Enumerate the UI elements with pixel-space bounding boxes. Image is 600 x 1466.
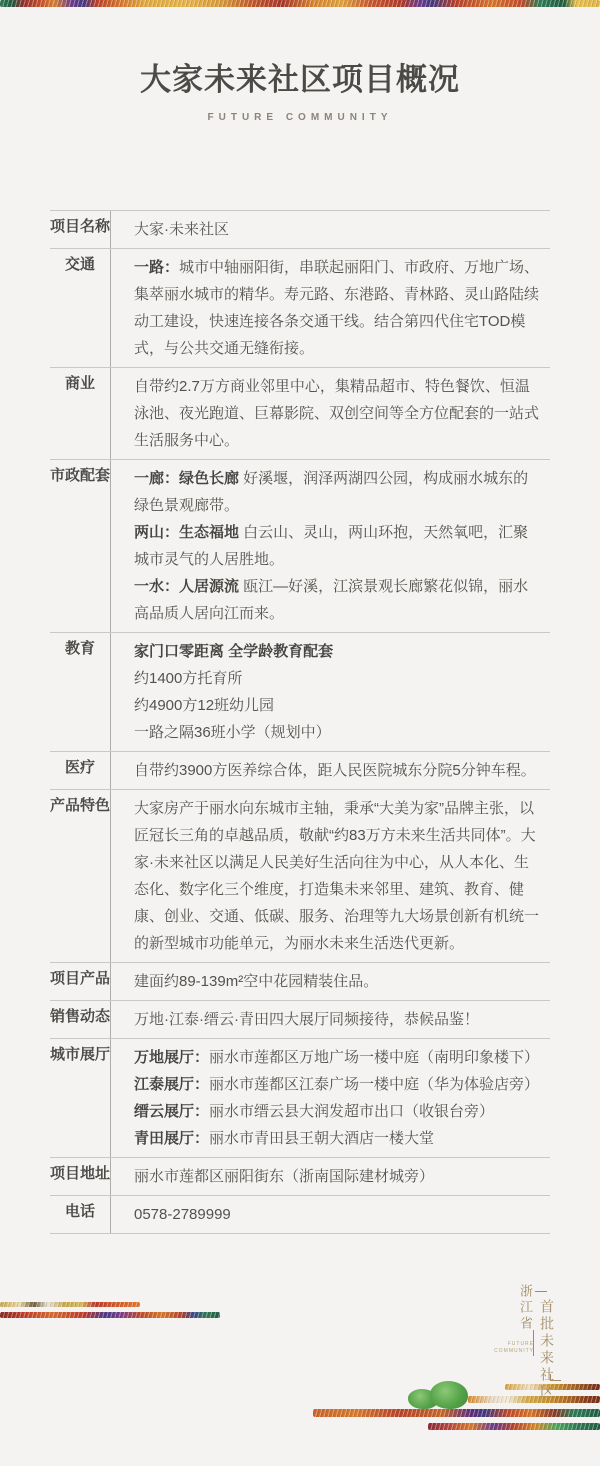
row-label: 交通 [50, 249, 110, 367]
table-row-project-name: 项目名称 大家·未来社区 [50, 211, 550, 249]
row-content: 大家·未来社区 [110, 211, 550, 248]
row-content: 自带约2.7万方商业邻里中心，集精品超市、特色餐饮、恒温泳池、夜光跑道、巨幕影院… [110, 368, 550, 459]
row-label: 项目地址 [50, 1158, 110, 1195]
table-row-product-features: 产品特色 大家房产于丽水向东城市主轴，秉承“大美为家”品牌主张，以匠冠长三角的卓… [50, 790, 550, 963]
row-content: 一路：城市中轴丽阳街，串联起丽阳门、市政府、万地广场、集萃丽水城市的精华。寿元路… [110, 249, 550, 367]
row-content: 万地展厅：丽水市莲都区万地广场一楼中庭（南明印象楼下） 江泰展厅：丽水市莲都区江… [110, 1039, 550, 1157]
info-table: 项目名称 大家·未来社区 交通 一路：城市中轴丽阳街，串联起丽阳门、市政府、万地… [50, 210, 550, 1234]
row-label: 商业 [50, 368, 110, 459]
logo-mark-horizontal [535, 1291, 547, 1292]
cell-paragraph: 万地·江泰·缙云·青田四大展厅同频接待，恭候品鉴！ [134, 1006, 542, 1033]
table-row-transport: 交通 一路：城市中轴丽阳街，串联起丽阳门、市政府、万地广场、集萃丽水城市的精华。… [50, 249, 550, 368]
cell-paragraph: 约1400方托育所 [134, 665, 542, 692]
row-label: 销售动态 [50, 1001, 110, 1038]
cell-paragraph: 丽水市莲都区丽阳街东（浙南国际建材城旁） [134, 1163, 542, 1190]
decorative-stripe-left-2 [0, 1312, 220, 1318]
cell-paragraph: 建面约89-139m²空中花园精装住品。 [134, 968, 542, 995]
cell-paragraph: 大家·未来社区 [134, 216, 542, 243]
poster-page: 大家未来社区项目概况 FUTURE COMMUNITY 项目名称 大家·未来社区… [0, 0, 600, 1466]
row-label: 项目名称 [50, 211, 110, 248]
table-row-medical: 医疗 自带约3900方医养综合体，距人民医院城东分院5分钟车程。 [50, 752, 550, 790]
header: 大家未来社区项目概况 FUTURE COMMUNITY [0, 0, 600, 123]
cell-paragraph: 自带约3900方医养综合体，距人民医院城东分院5分钟车程。 [134, 757, 542, 784]
row-content: 家门口零距离 全学龄教育配套 约1400方托育所 约4900方12班幼儿园 一路… [110, 633, 550, 751]
footer-logo-en-line2: COMMUNITY [492, 1348, 534, 1355]
page-subtitle: FUTURE COMMUNITY [0, 112, 600, 123]
table-row-city-showrooms: 城市展厅 万地展厅：丽水市莲都区万地广场一楼中庭（南明印象楼下） 江泰展厅：丽水… [50, 1039, 550, 1158]
decorative-stripe-left-1 [0, 1302, 140, 1307]
row-label: 产品特色 [50, 790, 110, 962]
logo-mark-bracket [550, 1374, 561, 1381]
cell-paragraph: 江泰展厅：丽水市莲都区江泰广场一楼中庭（华为体验店旁） [134, 1071, 542, 1098]
cell-paragraph: 一水：人居源流 瓯江—好溪，江滨景观长廊繁花似锦，丽水高品质人居向江而来。 [134, 573, 542, 627]
table-row-project-address: 项目地址 丽水市莲都区丽阳街东（浙南国际建材城旁） [50, 1158, 550, 1196]
row-content: 自带约3900方医养综合体，距人民医院城东分院5分钟车程。 [110, 752, 550, 789]
row-content: 一廊：绿色长廊 好溪堰，润泽两湖四公园，构成丽水城东的绿色景观廊带。 两山：生态… [110, 460, 550, 632]
logo-mark-vertical [533, 1330, 534, 1356]
row-label: 医疗 [50, 752, 110, 789]
row-label: 城市展厅 [50, 1039, 110, 1157]
decorative-band-top [0, 0, 600, 7]
footer-logo-english: FUTURE COMMUNITY [492, 1341, 534, 1355]
page-title: 大家未来社区项目概况 [0, 54, 600, 99]
table-row-commerce: 商业 自带约2.7万方商业邻里中心，集精品超市、特色餐饮、恒温泳池、夜光跑道、巨… [50, 368, 550, 460]
cell-paragraph: 一路：城市中轴丽阳街，串联起丽阳门、市政府、万地广场、集萃丽水城市的精华。寿元路… [134, 254, 542, 362]
row-label: 电话 [50, 1196, 110, 1233]
row-content: 建面约89-139m²空中花园精装住品。 [110, 963, 550, 1000]
footer-logo-en-line1: FUTURE [492, 1341, 534, 1348]
table-row-education: 教育 家门口零距离 全学龄教育配套 约1400方托育所 约4900方12班幼儿园… [50, 633, 550, 752]
cell-paragraph: 一廊：绿色长廊 好溪堰，润泽两湖四公园，构成丽水城东的绿色景观廊带。 [134, 465, 542, 519]
row-content: 万地·江泰·缙云·青田四大展厅同频接待，恭候品鉴！ [110, 1001, 550, 1038]
decorative-stripe-right-2 [468, 1396, 600, 1403]
decorative-stripe-right-3 [313, 1409, 600, 1417]
cell-paragraph: 家门口零距离 全学龄教育配套 [134, 638, 542, 665]
table-row-municipal: 市政配套 一廊：绿色长廊 好溪堰，润泽两湖四公园，构成丽水城东的绿色景观廊带。 … [50, 460, 550, 633]
table-row-phone: 电话 0578-2789999 [50, 1196, 550, 1234]
row-content: 0578-2789999 [110, 1196, 550, 1233]
row-content: 丽水市莲都区丽阳街东（浙南国际建材城旁） [110, 1158, 550, 1195]
footer-logo-slogan: 首批未来社区 [537, 1299, 557, 1401]
row-label: 项目产品 [50, 963, 110, 1000]
tree-icon [408, 1381, 470, 1409]
phone-number: 0578-2789999 [134, 1201, 542, 1228]
cell-paragraph: 青田展厅：丽水市青田县王朝大酒店一楼大堂 [134, 1125, 542, 1152]
tree-blob-big [430, 1381, 468, 1409]
cell-paragraph: 两山：生态福地 白云山、灵山，两山环抱，天然氧吧，汇聚城市灵气的人居胜地。 [134, 519, 542, 573]
cell-paragraph: 万地展厅：丽水市莲都区万地广场一楼中庭（南明印象楼下） [134, 1044, 542, 1071]
table-row-sales-status: 销售动态 万地·江泰·缙云·青田四大展厅同频接待，恭候品鉴！ [50, 1001, 550, 1039]
cell-paragraph: 自带约2.7万方商业邻里中心，集精品超市、特色餐饮、恒温泳池、夜光跑道、巨幕影院… [134, 373, 542, 454]
footer-logo-province: 浙江省 [516, 1284, 535, 1332]
cell-paragraph: 约4900方12班幼儿园 [134, 692, 542, 719]
row-label: 市政配套 [50, 460, 110, 632]
cell-paragraph: 一路之隔36班小学（规划中） [134, 719, 542, 746]
decorative-stripe-right-4 [428, 1423, 600, 1430]
cell-paragraph: 大家房产于丽水向东城市主轴，秉承“大美为家”品牌主张，以匠冠长三角的卓越品质，敬… [134, 795, 542, 957]
table-row-project-product: 项目产品 建面约89-139m²空中花园精装住品。 [50, 963, 550, 1001]
row-content: 大家房产于丽水向东城市主轴，秉承“大美为家”品牌主张，以匠冠长三角的卓越品质，敬… [110, 790, 550, 962]
cell-paragraph: 缙云展厅：丽水市缙云县大润发超市出口（收银台旁） [134, 1098, 542, 1125]
row-label: 教育 [50, 633, 110, 751]
